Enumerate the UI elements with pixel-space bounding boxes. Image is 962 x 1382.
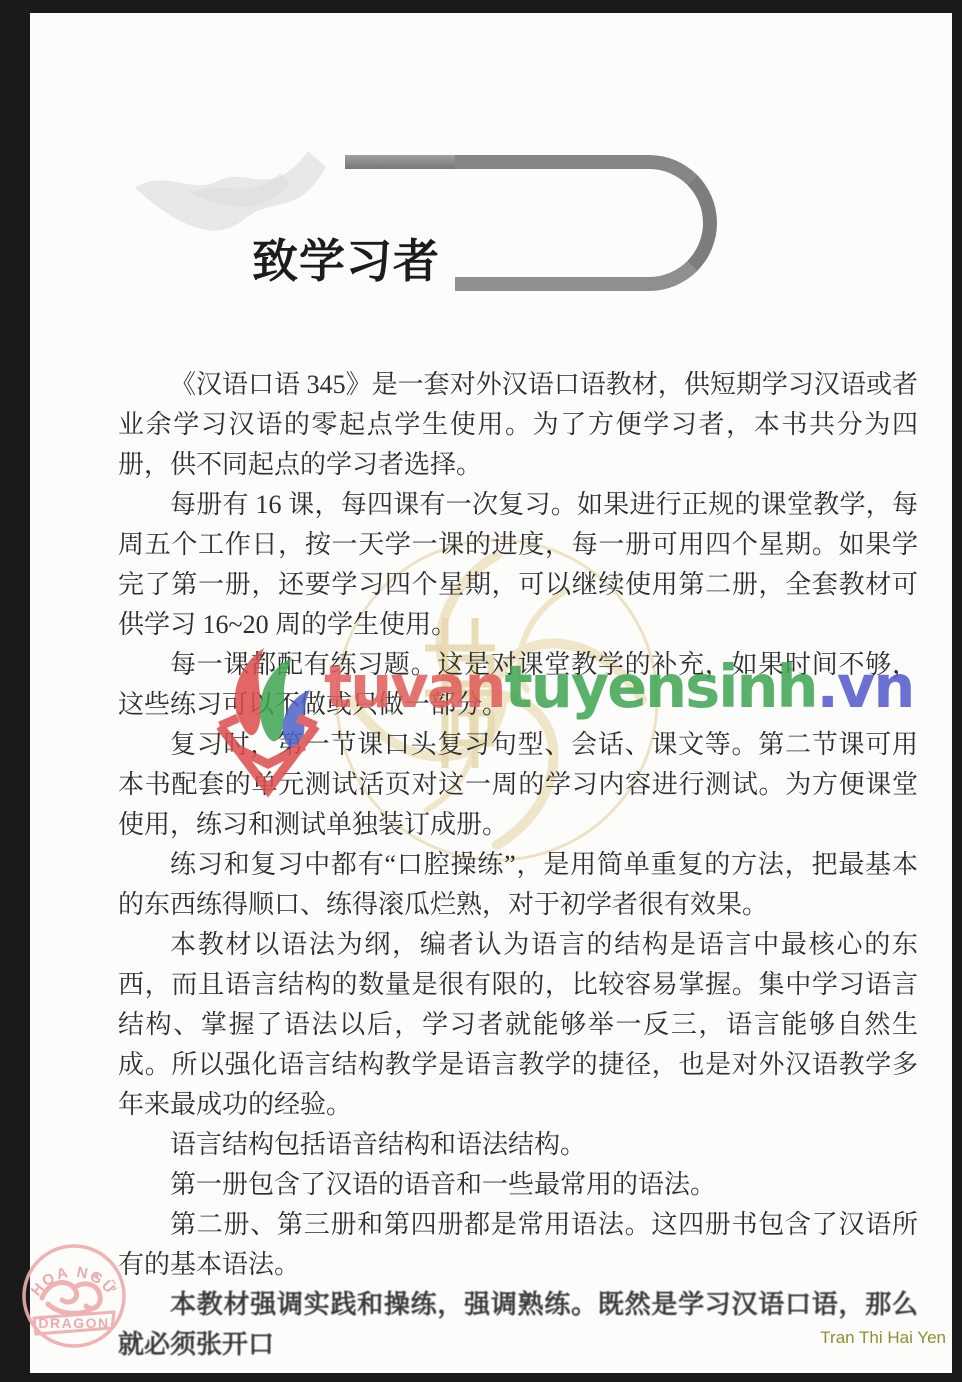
paragraph: 第二册、第三册和第四册都是常用语法。这四册书包含了汉语所有的基本语法。 [118, 1205, 918, 1285]
credit-text: Tran Thi Hai Yen [820, 1328, 946, 1348]
scanned-page-viewer: 致学习者 [0, 0, 962, 1382]
header-curve [455, 155, 717, 291]
paragraph: 每一课都配有练习题。这是对课堂教学的补充，如果时间不够，这些练习可以不做或只做一… [118, 645, 918, 725]
svg-text:DRAGON: DRAGON [38, 1315, 109, 1331]
document-text: 《汉语口语 345》是一套对外汉语口语教材，供短期学习汉语或者业余学习汉语的零起… [118, 365, 918, 1365]
paragraph: 复习时，第一节课口头复习句型、会话、课文等。第二节课可用本书配套的单元测试活页对… [118, 725, 918, 845]
paragraph: 语言结构包括语音结构和语法结构。 [118, 1125, 918, 1165]
dragon-stamp-icon: HOA NGỮ DRAGON [18, 1240, 130, 1352]
header-curve-bar [345, 155, 465, 169]
paragraph: 第一册包含了汉语的语音和一些最常用的语法。 [118, 1165, 918, 1205]
paragraph: 《汉语口语 345》是一套对外汉语口语教材，供短期学习汉语或者业余学习汉语的零起… [118, 365, 918, 485]
paragraph: 每册有 16 课，每四课有一次复习。如果进行正规的课堂教学，每周五个工作日，按一… [118, 485, 918, 645]
page-title: 致学习者 [252, 225, 440, 291]
paragraph: 本教材以语法为纲，编者认为语言的结构是语言中最核心的东西，而且语言结构的数量是很… [118, 925, 918, 1125]
paragraph: 练习和复习中都有“口腔操练”，是用简单重复的方法，把最基本的东西练得顺口、练得滚… [118, 845, 918, 925]
document-page: 致学习者 [30, 13, 952, 1373]
paragraph-cutoff: 本教材强调实践和操练，强调熟练。既然是学习汉语口语，那么就必须张开口 [118, 1285, 918, 1365]
